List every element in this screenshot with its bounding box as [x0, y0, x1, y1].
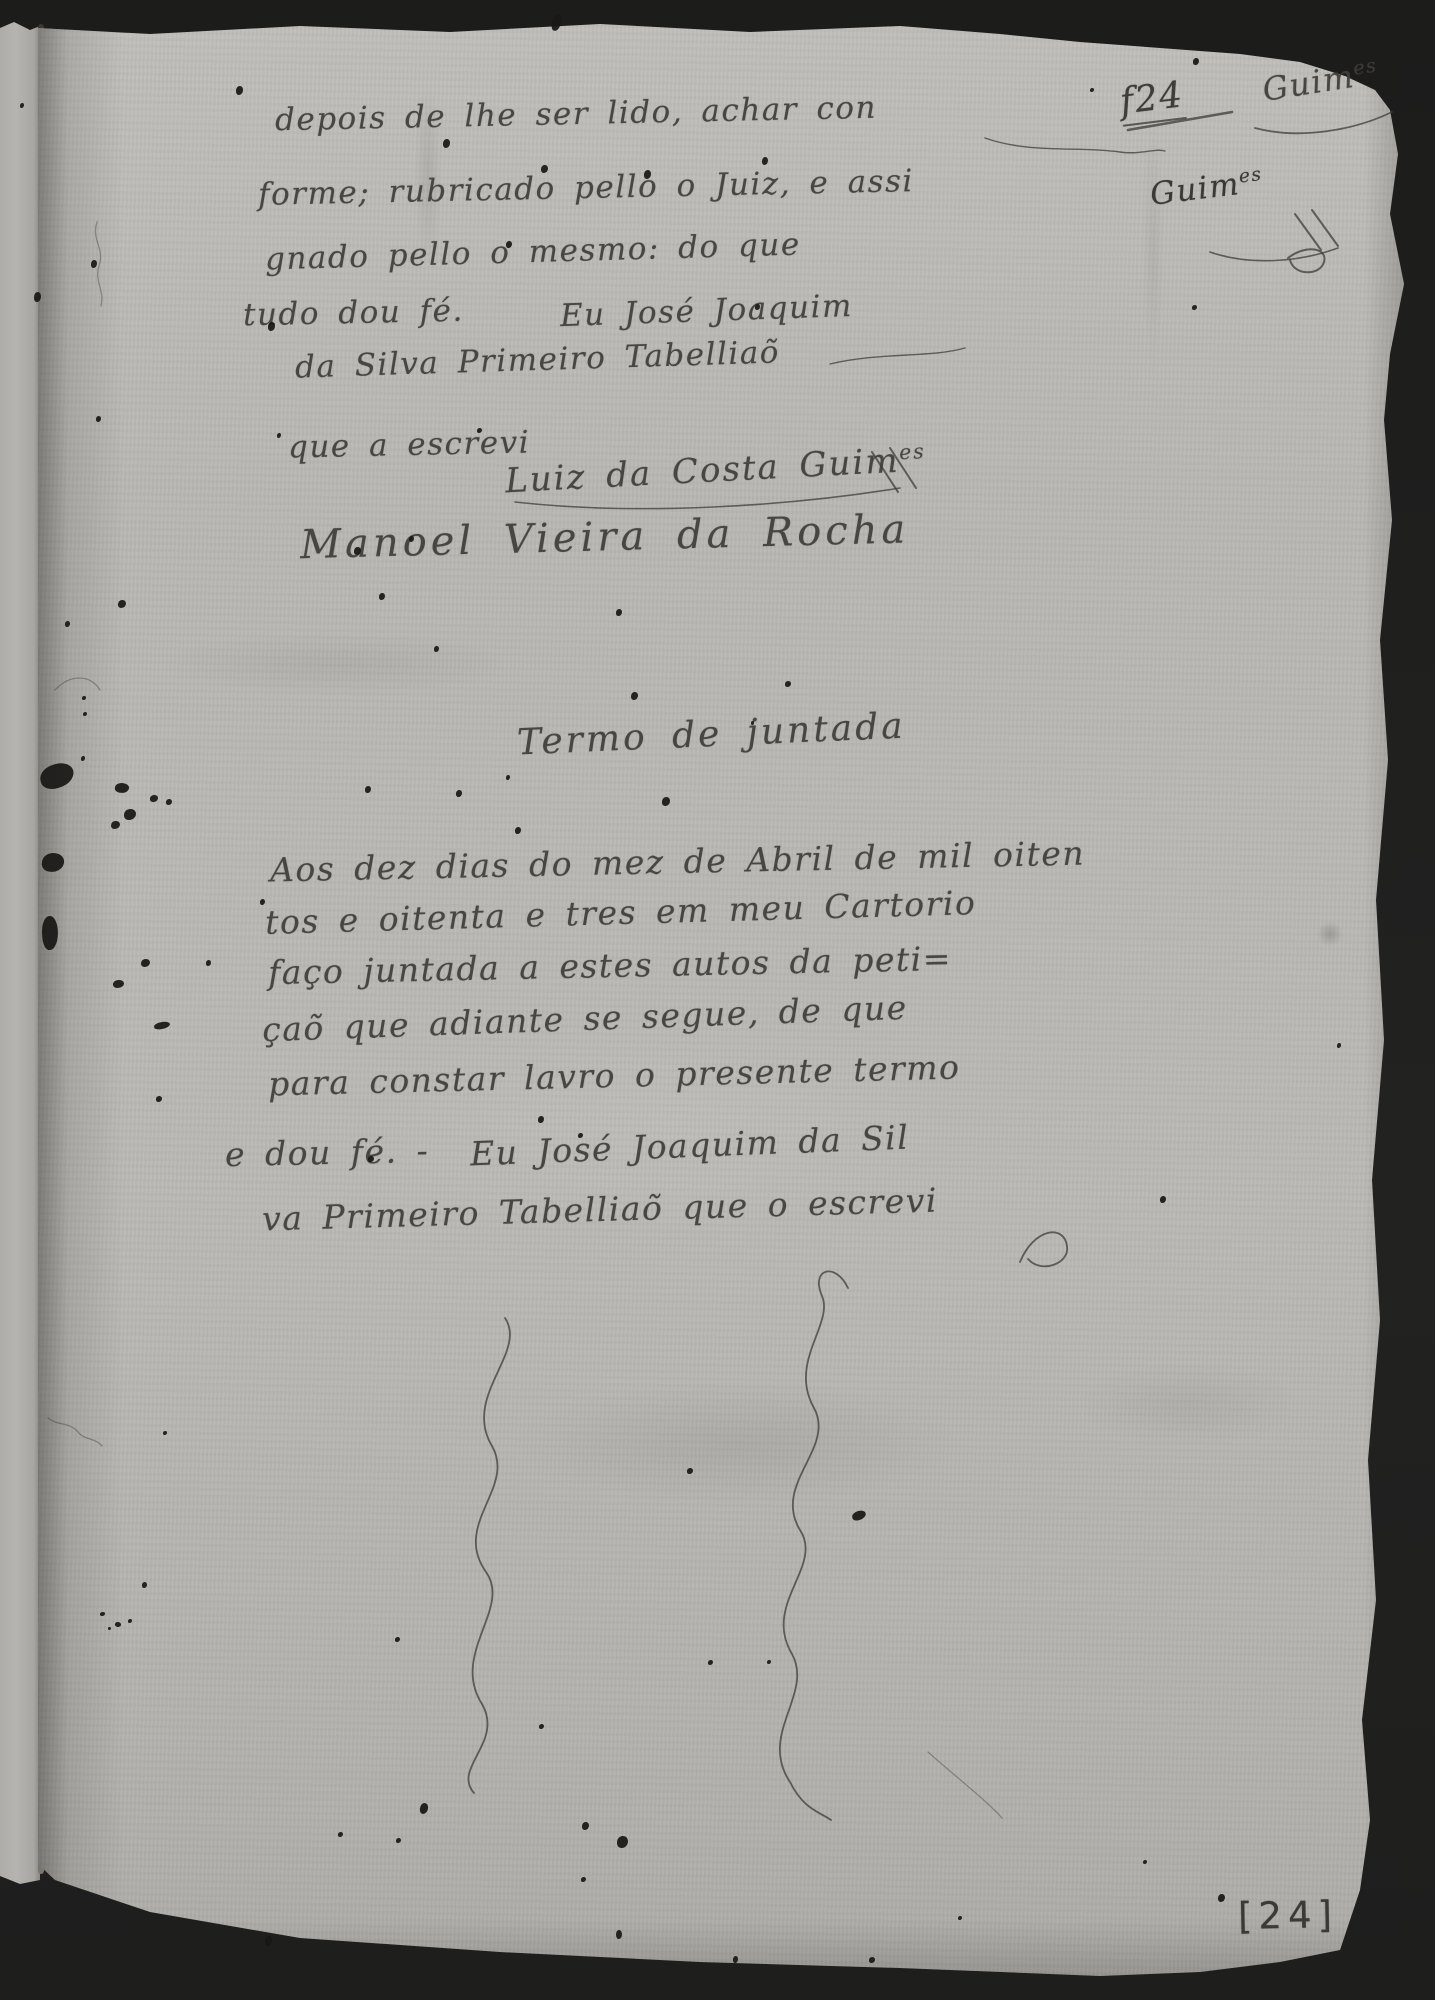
adjacent-page-sliver	[0, 22, 40, 1884]
rubric-sup: es	[1238, 164, 1264, 188]
manuscript-scan: depois de lhe ser lido, achar con forme;…	[0, 0, 1435, 2000]
closing-line-4: tudo dou fé.	[243, 293, 465, 334]
term-line-6: e dou fé. -	[225, 1131, 430, 1174]
folio-number: f24	[1118, 74, 1186, 122]
rubric-sup: es	[1351, 53, 1379, 80]
folio-mark: f24	[1118, 74, 1187, 126]
archival-page-number: [24]	[1238, 1893, 1339, 1938]
closing-line-7: que a escrevi	[288, 424, 531, 465]
ink-spot	[265, 1936, 273, 1946]
signature-abbreviation-sup: es	[898, 439, 926, 464]
